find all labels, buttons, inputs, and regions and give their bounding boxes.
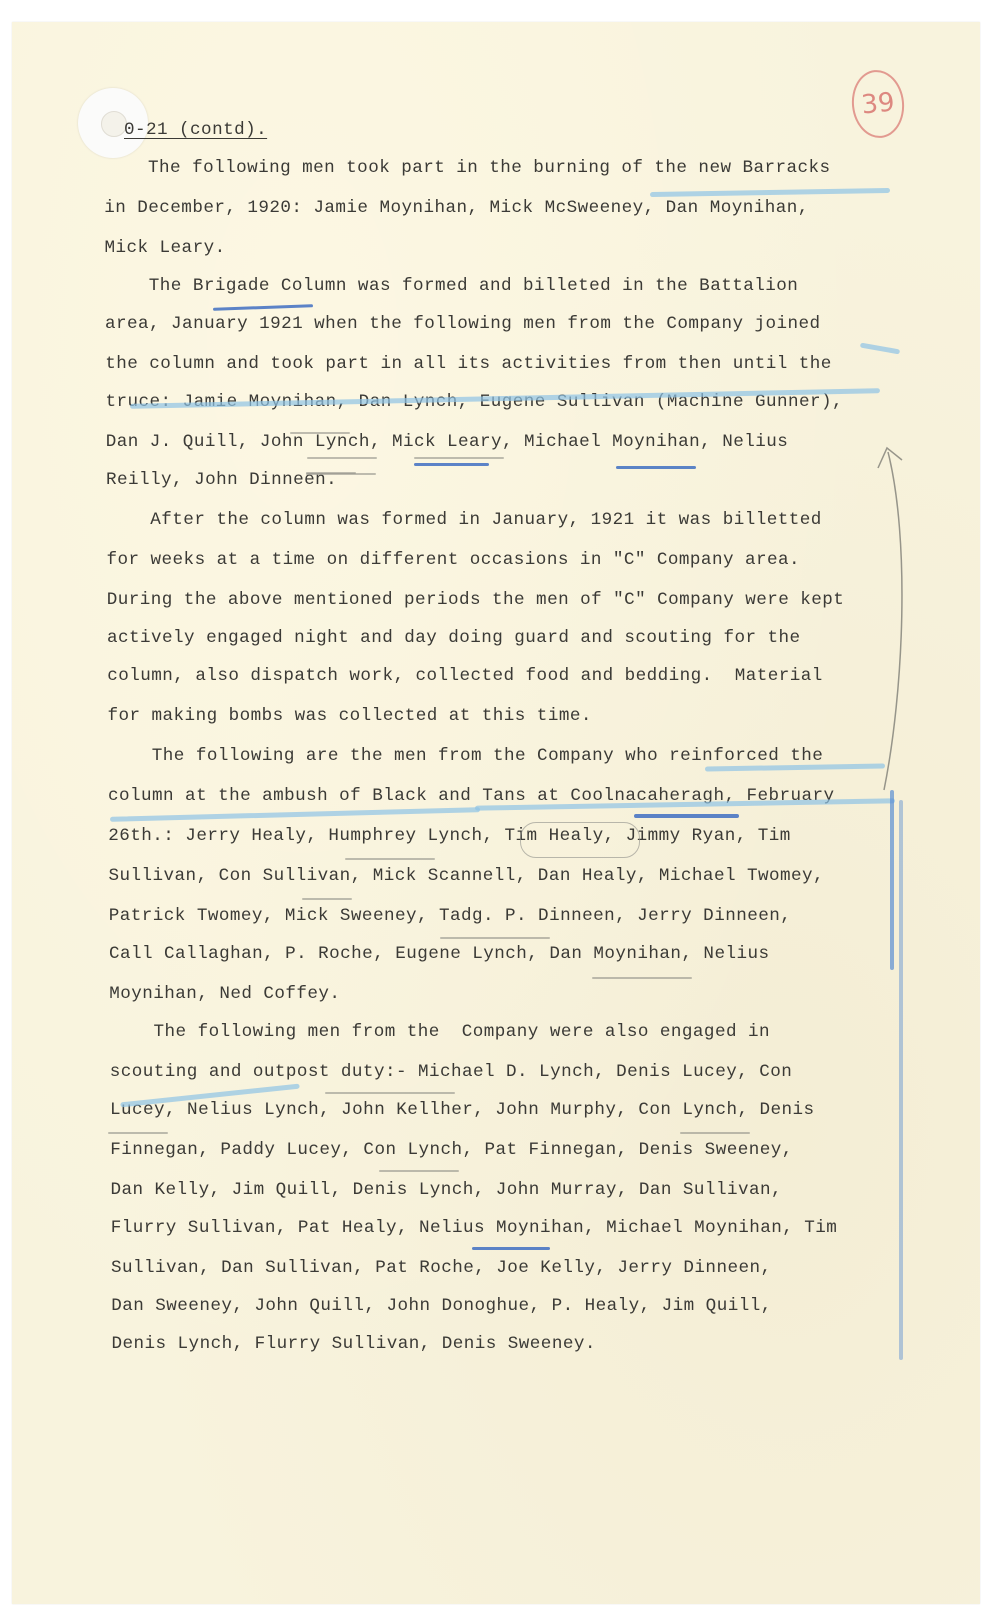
text-line: During the above mentioned periods the m… [107,590,845,610]
pencil-underline [307,457,377,459]
underline-mark [414,463,489,466]
text-line: Denis Lynch, Flurry Sullivan, Denis Swee… [112,1334,596,1354]
text-line: Flurry Sullivan, Pat Healy, Nelius Moyni… [111,1218,838,1238]
pencil-underline [325,1092,455,1094]
pencil-underline [379,1170,459,1172]
text-line: for making bombs was collected at this t… [108,706,592,726]
text-line: column, also dispatch work, collected fo… [107,666,823,686]
underline-mark [472,1247,550,1250]
pencil-underline [345,858,435,860]
text-line: actively engaged night and day doing gua… [107,628,801,648]
pencil-arrow-icon [860,440,920,840]
text-line: After the column was formed in January, … [106,510,822,530]
document-page [12,22,980,1604]
pencil-circle [520,822,640,858]
pencil-underline [680,1132,750,1134]
text-line: Finnegan, Paddy Lucey, Con Lynch, Pat Fi… [110,1140,793,1160]
text-line: Reilly, John Dinneen. [106,470,337,490]
margin-line [899,800,903,1360]
text-line: for weeks at a time on different occasio… [107,550,801,570]
text-line: Patrick Twomey, Mick Sweeney, Tadg. P. D… [109,906,792,926]
text-line: The following men took part in the burni… [104,158,831,178]
text-line: Sullivan, Dan Sullivan, Pat Roche, Joe K… [111,1258,771,1278]
text-line: The following men from the Company were … [110,1022,770,1042]
text-line: 26th.: Jerry Healy, Humphrey Lynch, Tim … [108,826,791,846]
text-line: Call Callaghan, P. Roche, Eugene Lynch, … [109,944,769,964]
text-line: Lucey, Nelius Lynch, John Kellher, John … [110,1100,815,1120]
text-line: Dan J. Quill, John Lynch, Mick Leary, Mi… [106,432,789,452]
pencil-underline [440,937,550,939]
text-line: in December, 1920: Jamie Moynihan, Mick … [104,198,809,218]
pencil-underline [108,1132,168,1134]
text-line: the column and took part in all its acti… [105,354,832,374]
underline-mark [616,466,696,469]
underline-mark [634,814,739,818]
text-line: Mick Leary. [105,238,226,258]
text-line: Moynihan, Ned Coffey. [109,984,340,1004]
pencil-underline [290,432,350,434]
text-line: area, January 1921 when the following me… [105,314,821,334]
text-line: scouting and outpost duty:- Michael D. L… [110,1062,793,1082]
text-line: Dan Sweeney, John Quill, John Donoghue, … [111,1296,771,1316]
pencil-underline [592,977,692,979]
text-line: The following are the men from the Compa… [108,746,824,766]
section-heading: 0-21 (contd). [124,120,267,140]
text-line: Dan Kelly, Jim Quill, Denis Lynch, John … [111,1180,783,1200]
pencil-underline [306,473,376,475]
text-line: Sullivan, Con Sullivan, Mick Scannell, D… [109,866,825,886]
pencil-underline [302,898,352,900]
pencil-underline [414,457,504,459]
text-line: The Brigade Column was formed and billet… [105,276,799,296]
